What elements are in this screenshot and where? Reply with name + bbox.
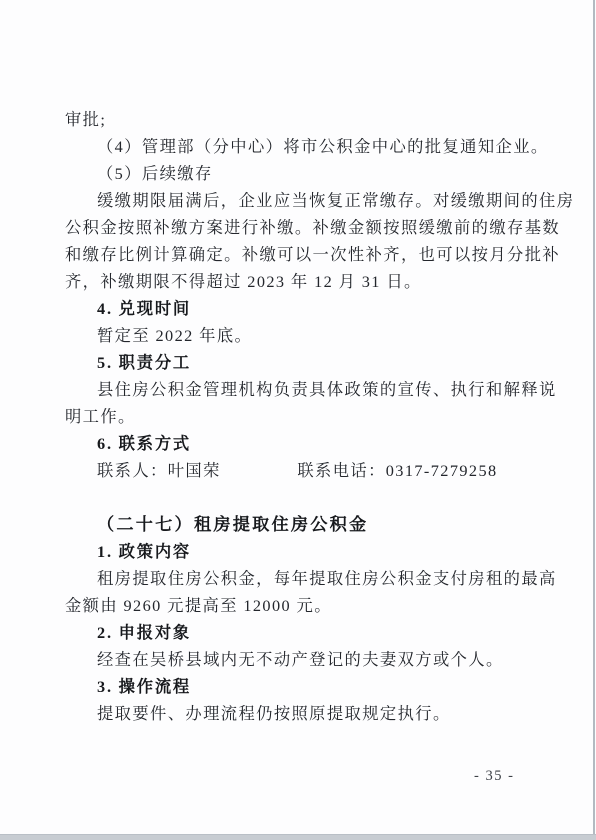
body-line: 县住房公积金管理机构负责具体政策的宣传、执行和解释说 <box>65 376 528 403</box>
body-line: 租房提取住房公积金，每年提取住房公积金支付房租的最高 <box>65 565 528 592</box>
contact-line: 联系人：叶国荣 联系电话：0317-7279258 <box>65 457 528 484</box>
body-line: 审批; <box>65 106 528 133</box>
scan-edge-right <box>593 0 595 840</box>
body-line: 和缴存比例计算确定。补缴可以一次性补齐，也可以按月分批补 <box>65 241 528 268</box>
body-line: 缓缴期限届满后，企业应当恢复正常缴存。对缓缴期间的住房 <box>65 187 528 214</box>
body-line: 齐，补缴期限不得超过 2023 年 12 月 31 日。 <box>65 268 528 295</box>
heading-line: 6. 联系方式 <box>65 430 528 457</box>
body-line: 金额由 9260 元提高至 12000 元。 <box>65 592 528 619</box>
heading-line: 2. 申报对象 <box>65 619 528 646</box>
body-line: 提取要件、办理流程仍按照原提取规定执行。 <box>65 700 528 727</box>
body-line: 公积金按照补缴方案进行补缴。补缴金额按照缓缴前的缴存基数 <box>65 214 528 241</box>
section-heading: （二十七）租房提取住房公积金 <box>65 511 528 538</box>
page-number: - 35 - <box>474 768 514 785</box>
blank-line <box>65 484 528 511</box>
body-line: 暂定至 2022 年底。 <box>65 322 528 349</box>
body-line: 明工作。 <box>65 403 528 430</box>
body-line: 经查在吴桥县域内无不动产登记的夫妻双方或个人。 <box>65 646 528 673</box>
heading-line: 4. 兑现时间 <box>65 295 528 322</box>
body-line: （5）后续缴存 <box>65 160 528 187</box>
scan-edge-bottom <box>0 834 596 840</box>
heading-line: 3. 操作流程 <box>65 673 528 700</box>
heading-line: 1. 政策内容 <box>65 538 528 565</box>
body-line: （4）管理部（分中心）将市公积金中心的批复通知企业。 <box>65 133 528 160</box>
document-page: 审批;（4）管理部（分中心）将市公积金中心的批复通知企业。（5）后续缴存缓缴期限… <box>0 0 596 840</box>
heading-line: 5. 职责分工 <box>65 349 528 376</box>
document-body: 审批;（4）管理部（分中心）将市公积金中心的批复通知企业。（5）后续缴存缓缴期限… <box>65 106 528 727</box>
